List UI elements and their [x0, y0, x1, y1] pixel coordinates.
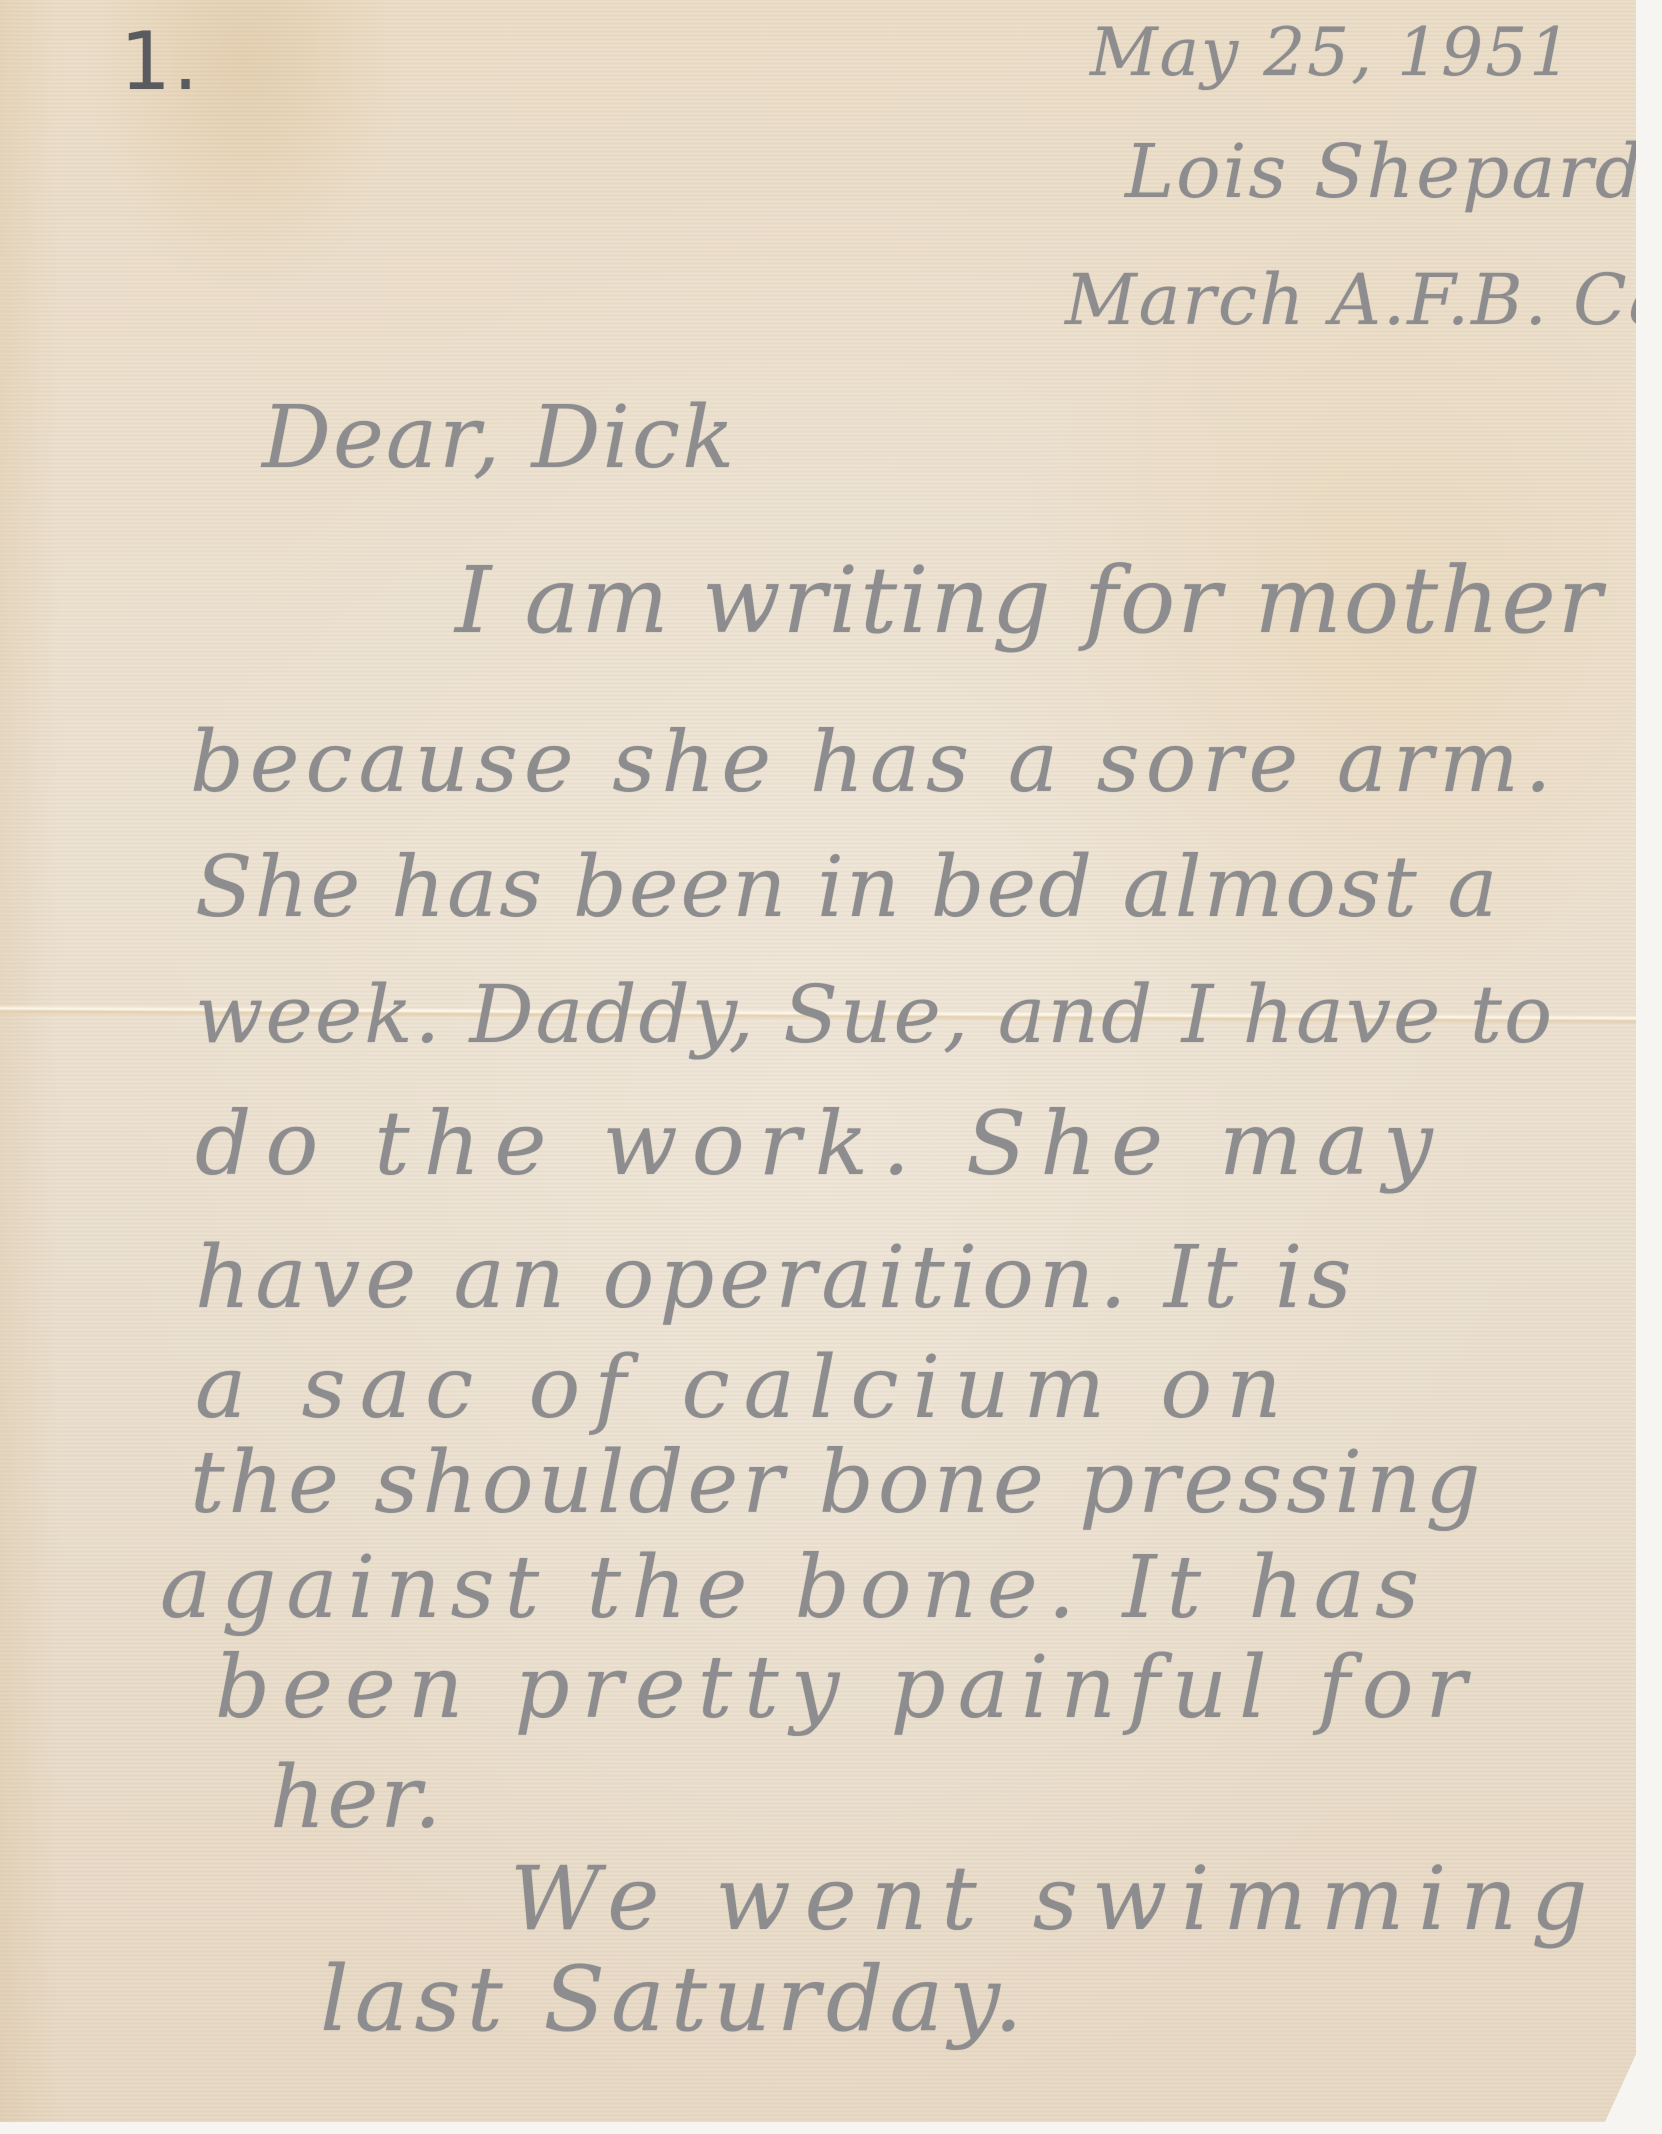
- paper-sheet: 1. May 25, 1951 Lois Shepard March A.F.B…: [0, 0, 1636, 2122]
- body-line: We went swimming: [510, 1855, 1601, 1943]
- sender-name: Lois Shepard: [1125, 135, 1644, 209]
- scanned-letter: 1. May 25, 1951 Lois Shepard March A.F.B…: [0, 0, 1662, 2134]
- body-line: because she has a sore arm.: [190, 720, 1557, 804]
- body-line: been pretty painful for: [215, 1645, 1479, 1731]
- page-number: 1.: [120, 22, 200, 102]
- salutation: Dear, Dick: [262, 395, 736, 481]
- body-line: her.: [270, 1755, 443, 1841]
- body-line: She has been in bed almost a: [195, 845, 1499, 929]
- paper-stain: [0, 0, 60, 2122]
- sender-address: March A.F.B. Calif.: [1065, 265, 1662, 335]
- body-line: the shoulder bone pressing: [190, 1440, 1484, 1526]
- body-line: I am writing for mother: [455, 555, 1604, 647]
- body-line: do the work. She may: [195, 1100, 1447, 1188]
- body-line: week. Daddy, Sue, and I have to: [195, 975, 1554, 1055]
- body-line: against the bone. It has: [160, 1545, 1429, 1631]
- body-line: have an operaition. It is: [195, 1235, 1357, 1321]
- body-line: last Saturday.: [320, 1955, 1029, 2045]
- body-line: a sac of calcium on: [195, 1345, 1296, 1431]
- letter-date: May 25, 1951: [1090, 20, 1573, 86]
